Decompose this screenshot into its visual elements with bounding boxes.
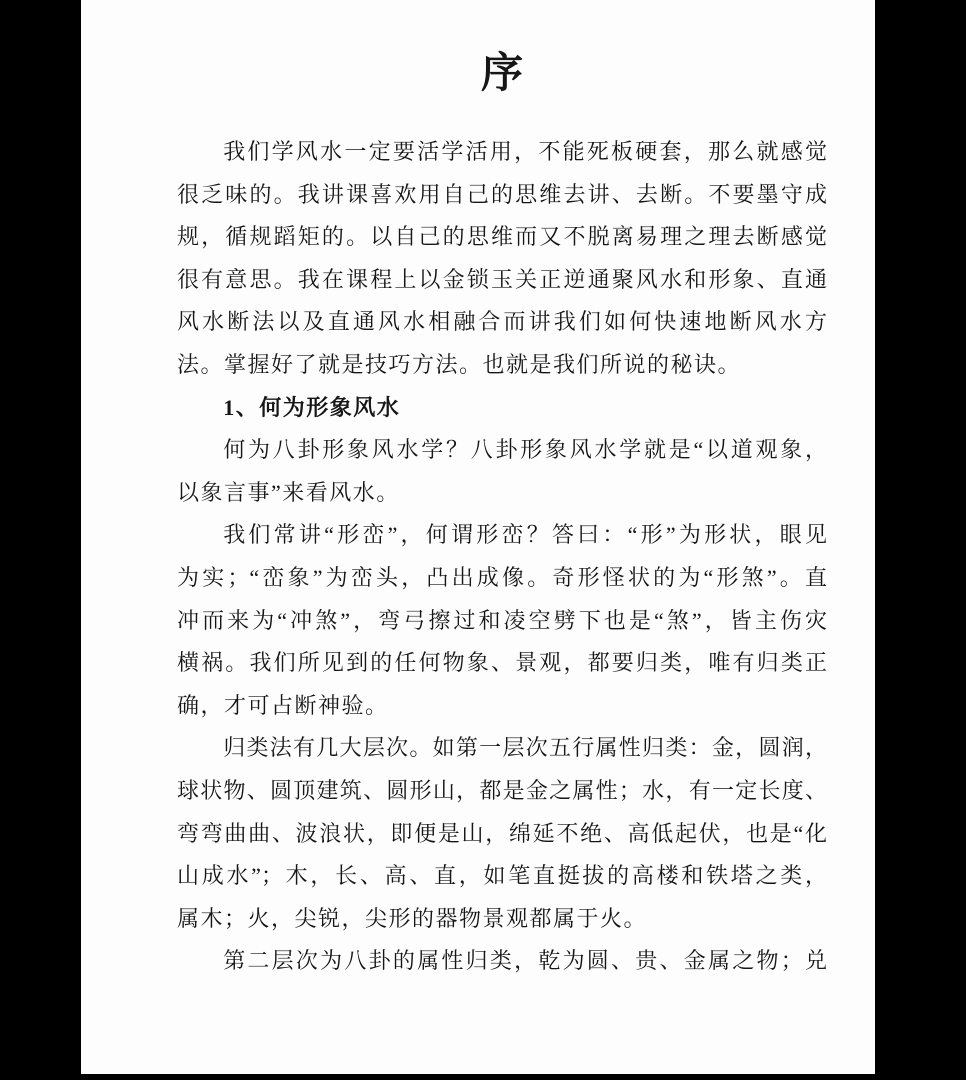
text-line: 法。掌握好了就是技巧方法。也就是我们所说的秘诀。 <box>177 344 827 387</box>
book-page: 序 我们学风水一定要活学活用，不能死板硬套，那么就感觉很乏味的。我讲课喜欢用自己… <box>81 0 875 1074</box>
text-line: 球状物、圆顶建筑、圆形山，都是金之属性；水，有一定长度、 <box>177 770 827 813</box>
text-line: 冲而来为“冲煞”，弯弓擦过和凌空劈下也是“煞”，皆主伤灾 <box>177 600 827 643</box>
text-line: 很有意思。我在课程上以金锁玉关正逆通聚风水和形象、直通 <box>177 259 827 302</box>
text-line: 为实；“峦象”为峦头，凸出成像。奇形怪状的为“形煞”。直 <box>177 557 827 600</box>
scan-border-left <box>0 0 81 1080</box>
text-line: 何为八卦形象风水学？八卦形象风水学就是“以道观象， <box>177 429 827 472</box>
page-title: 序 <box>177 48 827 100</box>
page-body: 我们学风水一定要活学活用，不能死板硬套，那么就感觉很乏味的。我讲课喜欢用自己的思… <box>177 131 827 983</box>
text-line: 风水断法以及直通风水相融合而讲我们如何快速地断风水方 <box>177 301 827 344</box>
text-line: 1、何为形象风水 <box>177 387 827 430</box>
text-line: 很乏味的。我讲课喜欢用自己的思维去讲、去断。不要墨守成 <box>177 174 827 217</box>
text-line: 横祸。我们所见到的任何物象、景观，都要归类，唯有归类正 <box>177 642 827 685</box>
text-line: 我们学风水一定要活学活用，不能死板硬套，那么就感觉 <box>177 131 827 174</box>
text-line: 我们常讲“形峦”，何谓形峦？答曰：“形”为形状，眼见 <box>177 514 827 557</box>
text-line: 归类法有几大层次。如第一层次五行属性归类：金，圆润， <box>177 727 827 770</box>
text-line: 属木；火，尖锐，尖形的器物景观都属于火。 <box>177 898 827 941</box>
scan-border-right <box>875 0 966 1080</box>
text-line: 确，才可占断神验。 <box>177 685 827 728</box>
scan-border-bottom <box>0 1074 966 1080</box>
text-line: 第二层次为八卦的属性归类，乾为圆、贵、金属之物；兑 <box>177 940 827 983</box>
scanned-document: { "colors": { "scan_border": "#000000", … <box>0 0 966 1080</box>
text-line: 规，循规蹈矩的。以自己的思维而又不脱离易理之理去断感觉 <box>177 216 827 259</box>
text-line: 弯弯曲曲、波浪状，即便是山，绵延不绝、高低起伏，也是“化 <box>177 813 827 856</box>
text-line: 以象言事”来看风水。 <box>177 472 827 515</box>
text-line: 山成水”；木，长、高、直，如笔直挺拔的高楼和铁塔之类， <box>177 855 827 898</box>
